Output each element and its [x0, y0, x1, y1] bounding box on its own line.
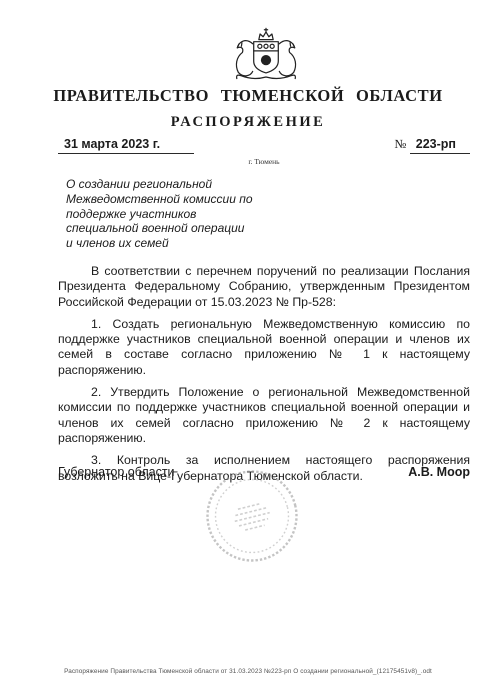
- body-paragraph: 1. Создать региональную Межведомственную…: [58, 317, 470, 378]
- doc-number: 223-рп: [410, 137, 470, 154]
- doc-city: г. Тюмень: [58, 157, 470, 166]
- signatory-name: А.В. Моор: [408, 465, 470, 479]
- official-seal: [204, 468, 300, 564]
- doc-date: 31 марта 2023 г.: [58, 137, 194, 154]
- subject-line: О создании региональной: [66, 177, 296, 192]
- number-sign: №: [394, 137, 406, 151]
- body-paragraph: В соответствии с перечнем поручений по р…: [58, 264, 470, 310]
- doc-subject: О создании региональнойМежведомственной …: [66, 177, 296, 251]
- document-page: { "page": { "header": { "emblem_name": "…: [0, 0, 496, 700]
- doc-body: В соответствии с перечнем поручений по р…: [58, 264, 470, 491]
- meta-row: 31 марта 2023 г. № 223-рп: [58, 137, 470, 154]
- coat-of-arms-icon: [224, 26, 308, 84]
- body-paragraph: 2. Утвердить Положение о региональной Ме…: [58, 385, 470, 446]
- signatory-position: Губернатор области: [58, 465, 175, 479]
- subject-line: специальной военной операции: [66, 221, 296, 236]
- org-name: ПРАВИТЕЛЬСТВО ТЮМЕНСКОЙ ОБЛАСТИ: [0, 86, 496, 106]
- subject-line: Межведомственной комиссии по: [66, 192, 296, 207]
- subject-line: поддержке участников: [66, 207, 296, 222]
- footer-filename: Распоряжение Правительства Тюменской обл…: [0, 668, 496, 675]
- doc-type-title: РАСПОРЯЖЕНИЕ: [0, 114, 496, 131]
- subject-line: и членов их семей: [66, 236, 296, 251]
- doc-number-block: № 223-рп: [394, 137, 470, 154]
